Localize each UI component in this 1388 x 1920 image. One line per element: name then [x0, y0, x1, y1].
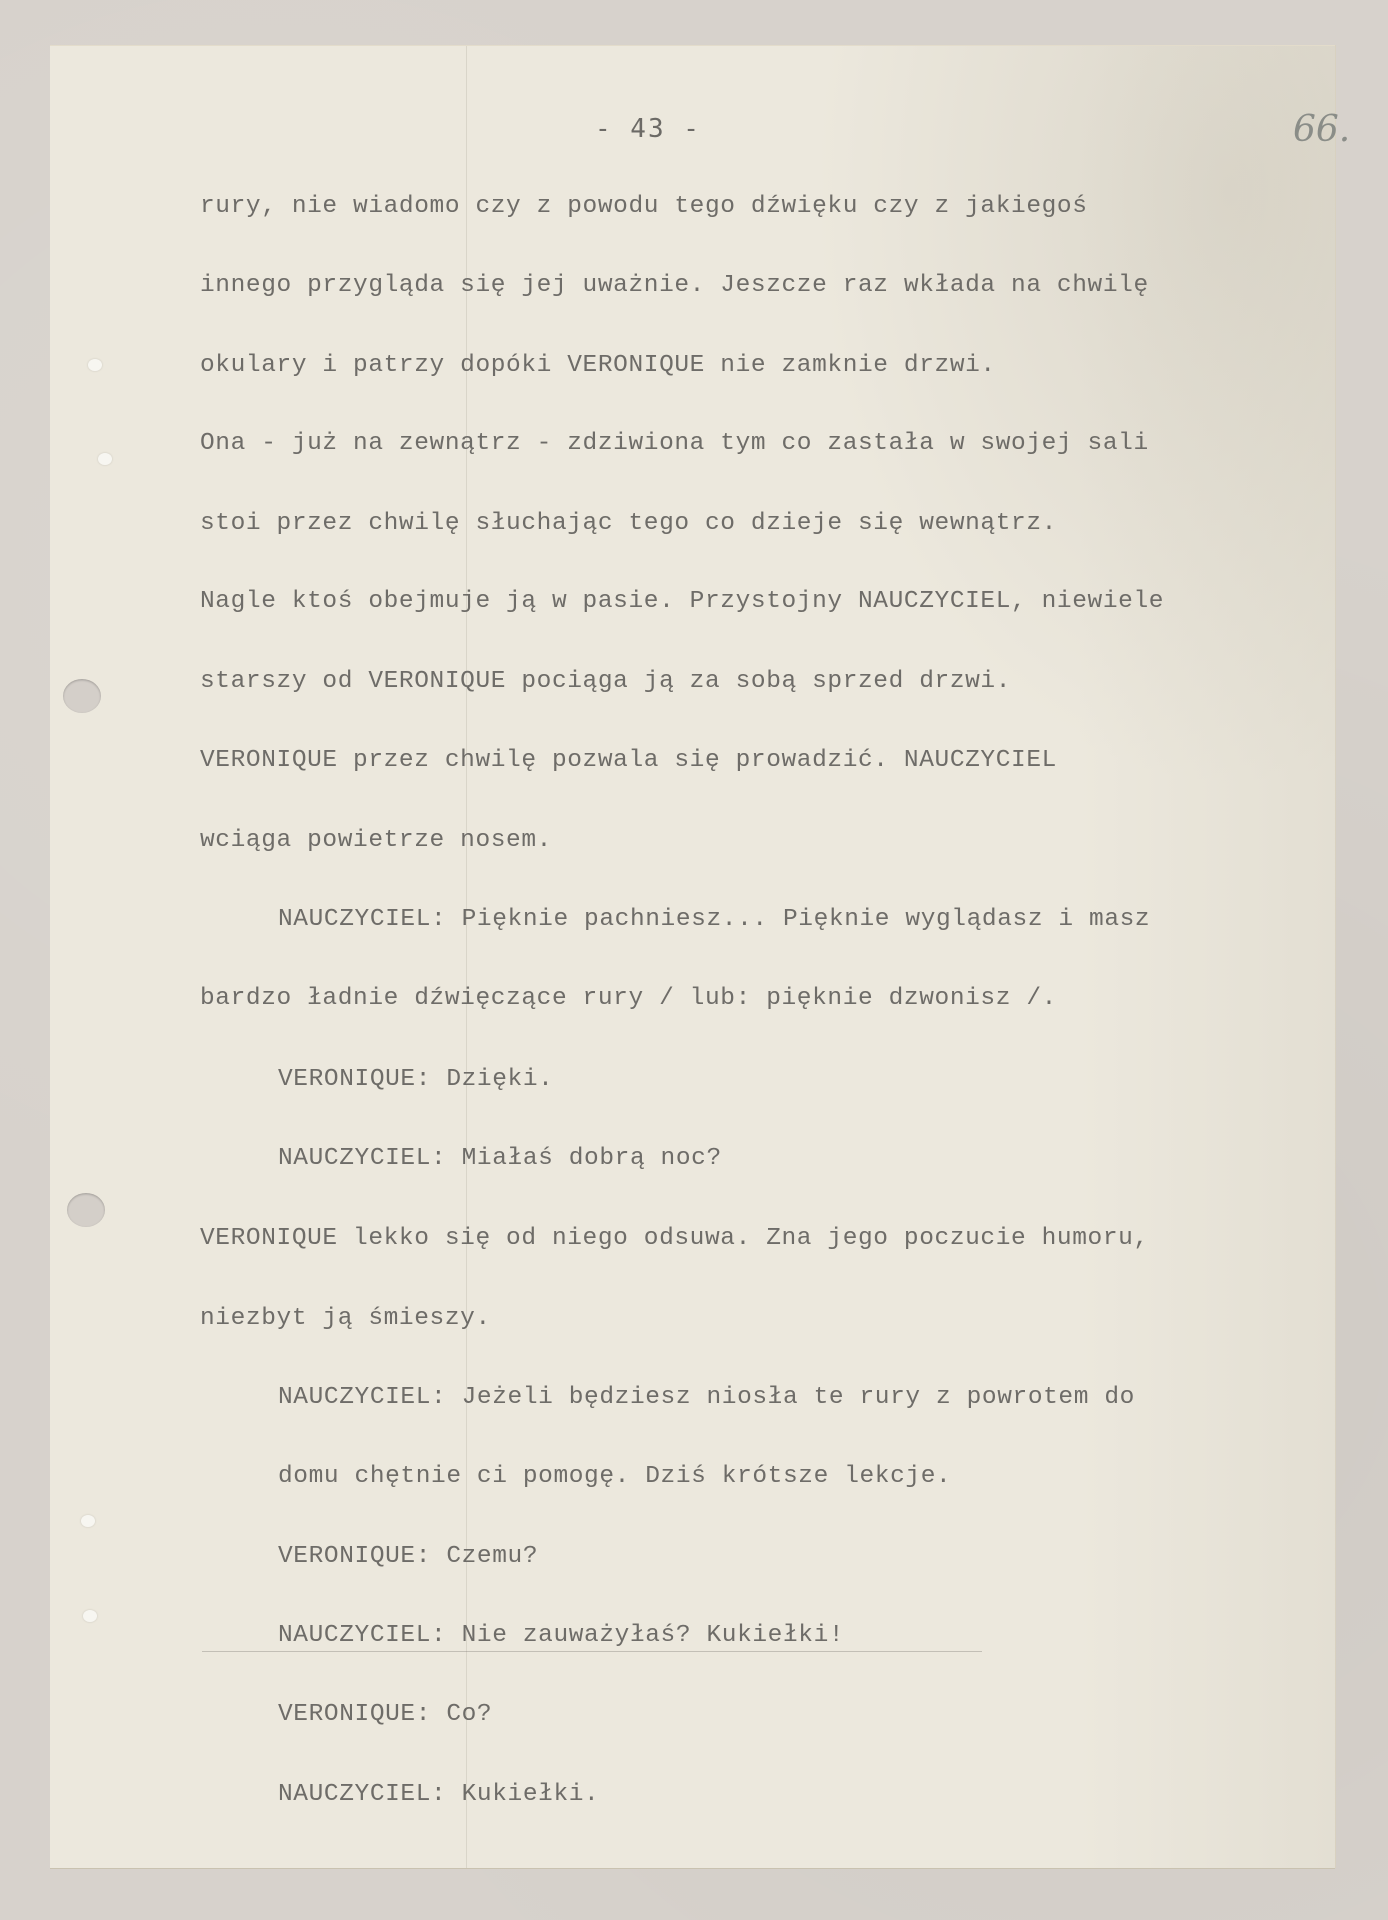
staple-mark: [98, 453, 112, 465]
text-line: rury, nie wiadomo czy z powodu tego dźwi…: [200, 193, 1088, 220]
text-line: stoi przez chwilę słuchając tego co dzie…: [200, 510, 1057, 537]
text-line: wciąga powietrze nosem.: [200, 827, 552, 854]
text-line: starszy od VERONIQUE pociąga ją za sobą …: [200, 668, 1011, 695]
dialogue-line: domu chętnie ci pomogę. Dziś krótsze lek…: [200, 1463, 951, 1490]
text-line: okulary i patrzy dopóki VERONIQUE nie za…: [200, 352, 996, 379]
archive-number: 66.: [1293, 109, 1350, 150]
dialogue-line: VERONIQUE: Co?: [200, 1701, 492, 1728]
dialogue-line: NAUCZYCIEL: Pięknie pachniesz... Pięknie…: [200, 906, 1150, 933]
dialogue-line: NAUCZYCIEL: Jeżeli będziesz niosła te ru…: [200, 1384, 1135, 1411]
document-body: rury, nie wiadomo czy z powodu tego dźwi…: [200, 46, 1300, 1868]
text-line: VERONIQUE lekko się od niego odsuwa. Zna…: [200, 1225, 1149, 1252]
text-line: VERONIQUE przez chwilę pozwala się prowa…: [200, 747, 1057, 774]
dialogue-line: VERONIQUE: Czemu?: [200, 1543, 538, 1570]
text-line: niezbyt ją śmieszy.: [200, 1305, 491, 1332]
dialogue-line: NAUCZYCIEL: Nie zauważyłaś? Kukiełki!: [200, 1622, 844, 1649]
punch-hole: [63, 679, 101, 713]
text-line: bardzo ładnie dźwięczące rury / lub: pię…: [200, 985, 1057, 1012]
text-line: innego przygląda się jej uważnie. Jeszcz…: [200, 272, 1149, 299]
dialogue-line: NAUCZYCIEL: Kukiełki.: [200, 1781, 599, 1808]
dialogue-line: VERONIQUE: Dzięki.: [200, 1066, 553, 1093]
dialogue-line: NAUCZYCIEL: Miałaś dobrą noc?: [200, 1145, 722, 1172]
staple-mark: [81, 1515, 95, 1527]
punch-hole: [67, 1193, 105, 1227]
staple-mark: [88, 359, 102, 371]
text-line: Nagle ktoś obejmuje ją w pasie. Przystoj…: [200, 588, 1164, 615]
staple-mark: [83, 1610, 97, 1622]
typewritten-page: - 43 - 66. rury, nie wiadomo czy z powod…: [50, 45, 1335, 1868]
text-line: Ona - już na zewnątrz - zdziwiona tym co…: [200, 430, 1149, 457]
